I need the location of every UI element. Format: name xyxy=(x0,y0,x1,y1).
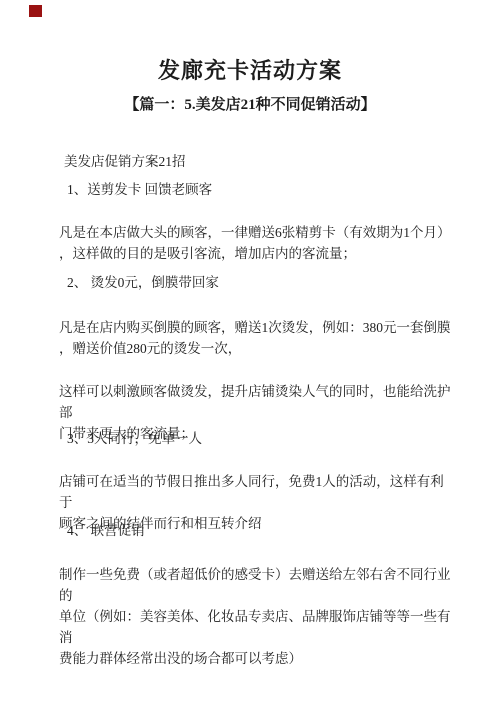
document-title: 发廊充卡活动方案 xyxy=(0,57,500,85)
promo-4-heading: 4、 联营促销 xyxy=(67,520,145,541)
promo-2-paragraph: 凡是在店内购买倒膜的顾客，赠送1次烫发，例如：380元一套倒膜 ，赠送价值280… xyxy=(59,317,457,359)
promo-2-heading: 2、 烫发0元，倒膜带回家 xyxy=(67,272,219,293)
promo-1-paragraph: 凡是在本店做大头的顾客，一律赠送6张精剪卡（有效期为1个月） ，这样做的目的是吸… xyxy=(59,222,457,264)
promo-4-paragraph: 制作一些免费（或者超低价的感受卡）去赠送给左邻右舍不同行业的 单位（例如：美容美… xyxy=(59,564,457,669)
intro-heading: 美发店促销方案21招 xyxy=(64,151,186,172)
red-mark xyxy=(29,5,42,17)
promo-3-heading: 3、3人同行，免单一人 xyxy=(67,428,202,449)
document-subtitle: 【篇一：5.美发店21种不同促销活动】 xyxy=(0,95,500,116)
document-page: 发廊充卡活动方案 【篇一：5.美发店21种不同促销活动】 美发店促销方案21招 … xyxy=(0,0,500,707)
promo-1-heading: 1、送剪发卡 回馈老顾客 xyxy=(67,179,212,200)
